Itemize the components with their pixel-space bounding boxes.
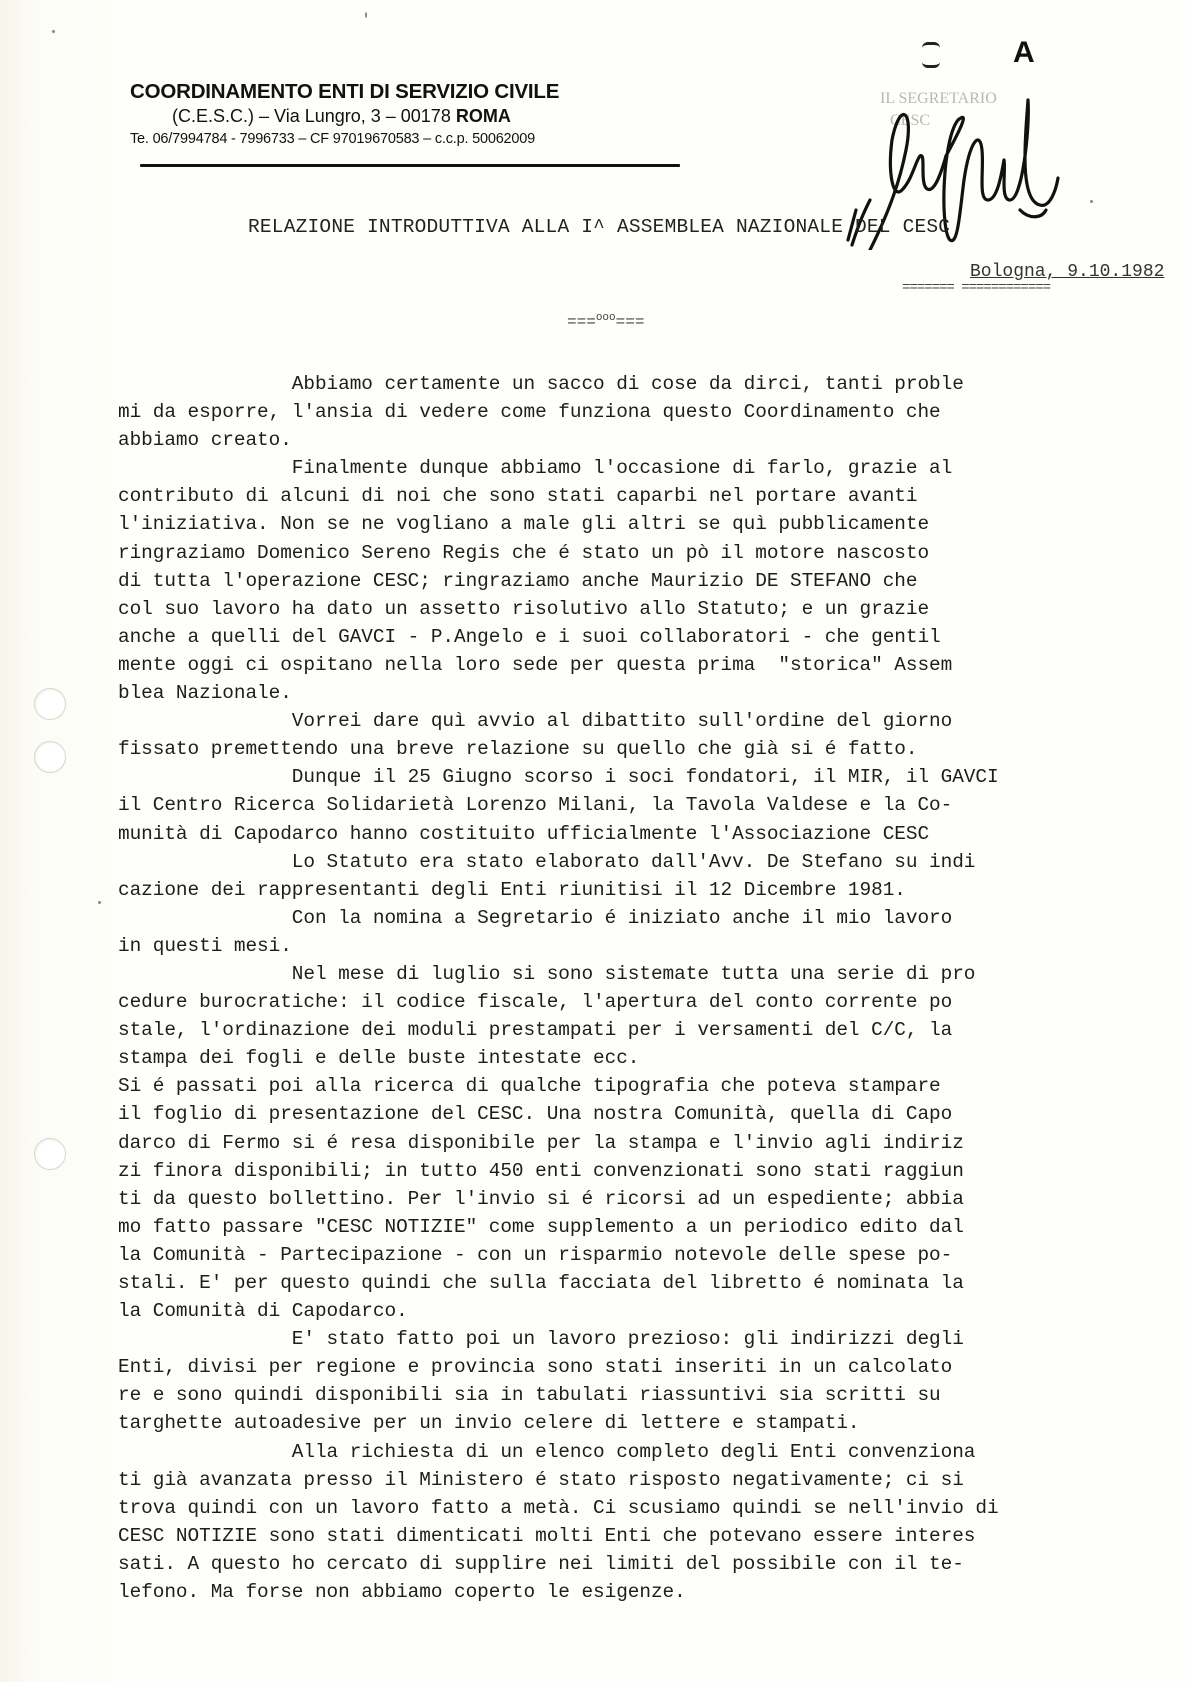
text-line: stali. E' per questo quindi che sulla fa…: [118, 1269, 1178, 1297]
document-title: RELAZIONE INTRODUTTIVA ALLA I^ ASSEMBLEA…: [248, 216, 950, 238]
letterhead-rule: [140, 164, 680, 167]
text-line: Nel mese di luglio si sono sistemate tut…: [118, 960, 1178, 988]
scan-speck: [365, 12, 367, 18]
text-line: mente oggi ci ospitano nella loro sede p…: [118, 651, 1178, 679]
address-city: ROMA: [456, 106, 511, 126]
text-line: stale, l'ordinazione dei moduli prestamp…: [118, 1016, 1178, 1044]
text-line: cedure burocratiche: il codice fiscale, …: [118, 988, 1178, 1016]
separator-dashes: ===: [567, 313, 596, 331]
text-line: il Centro Ricerca Solidarietà Lorenzo Mi…: [118, 791, 1178, 819]
text-line: Si é passati poi alla ricerca di qualche…: [118, 1072, 1178, 1100]
text-line: cazione dei rappresentanti degli Enti ri…: [118, 876, 1178, 904]
text-line: ringraziamo Domenico Sereno Regis che é …: [118, 539, 1178, 567]
text-line: fissato premettendo una breve relazione …: [118, 735, 1178, 763]
text-line: Con la nomina a Segretario é iniziato an…: [118, 904, 1178, 932]
text-line: mi da esporre, l'ansia di vedere come fu…: [118, 398, 1178, 426]
place-and-date: Bologna, 9.10.1982: [970, 262, 1164, 282]
text-line: targhette autoadesive per un invio celer…: [118, 1409, 1178, 1437]
letterhead: COORDINAMENTO ENTI DI SERVIZIO CIVILE (C…: [130, 80, 690, 147]
punch-hole: [34, 688, 66, 720]
scan-speck: [52, 30, 55, 33]
text-line: E' stato fatto poi un lavoro prezioso: g…: [118, 1325, 1178, 1353]
text-line: contributo di alcuni di noi che sono sta…: [118, 482, 1178, 510]
text-line: ti già avanzata presso il Ministero é st…: [118, 1466, 1178, 1494]
text-line: Dunque il 25 Giugno scorso i soci fondat…: [118, 763, 1178, 791]
scan-speck: [98, 901, 101, 904]
text-line: munità di Capodarco hanno costituito uff…: [118, 820, 1178, 848]
text-line: col suo lavoro ha dato un assetto risolu…: [118, 595, 1178, 623]
text-line: ti da questo bollettino. Per l'invio si …: [118, 1185, 1178, 1213]
text-line: mo fatto passare "CESC NOTIZIE" come sup…: [118, 1213, 1178, 1241]
text-line: Enti, divisi per regione e provincia son…: [118, 1353, 1178, 1381]
organization-address: (C.E.S.C.) – Via Lungro, 3 – 00178 ROMA: [172, 106, 690, 127]
text-line: trova quindi con un lavoro fatto a metà.…: [118, 1494, 1178, 1522]
text-line: Lo Statuto era stato elaborato dall'Avv.…: [118, 848, 1178, 876]
organization-name: COORDINAMENTO ENTI DI SERVIZIO CIVILE: [130, 80, 690, 104]
section-separator: ===ooo===: [567, 312, 644, 331]
text-line: blea Nazionale.: [118, 679, 1178, 707]
text-line: CESC NOTIZIE sono stati dimenticati molt…: [118, 1522, 1178, 1550]
text-line: in questi mesi.: [118, 932, 1178, 960]
text-line: zi finora disponibili; in tutto 450 enti…: [118, 1157, 1178, 1185]
text-line: stampa dei fogli e delle buste intestate…: [118, 1044, 1178, 1072]
punch-hole: [34, 1138, 66, 1170]
separator-dashes: ===: [616, 313, 645, 331]
text-line: la Comunità di Capodarco.: [118, 1297, 1178, 1325]
address-street: (C.E.S.C.) – Via Lungro, 3 – 00178: [172, 106, 456, 126]
organization-contact: Te. 06/7994784 - 7996733 – CF 9701967058…: [130, 131, 690, 147]
text-line: re e sono quindi disponibili sia in tabu…: [118, 1381, 1178, 1409]
text-line: anche a quelli del GAVCI - P.Angelo e i …: [118, 623, 1178, 651]
text-line: Vorrei dare quì avvio al dibattito sull'…: [118, 707, 1178, 735]
text-line: darco di Fermo si é resa disponibile per…: [118, 1129, 1178, 1157]
text-line: Alla richiesta di un elenco completo deg…: [118, 1438, 1178, 1466]
text-line: Abbiamo certamente un sacco di cose da d…: [118, 370, 1178, 398]
document-body: Abbiamo certamente un sacco di cose da d…: [118, 370, 1178, 1606]
text-line: la Comunità - Partecipazione - con un ri…: [118, 1241, 1178, 1269]
text-line: di tutta l'operazione CESC; ringraziamo …: [118, 567, 1178, 595]
text-line: l'iniziativa. Non se ne vogliano a male …: [118, 510, 1178, 538]
text-line: Finalmente dunque abbiamo l'occasione di…: [118, 454, 1178, 482]
punch-hole: [34, 741, 66, 773]
date-underline: ======= ============: [902, 280, 1050, 296]
text-line: lefono. Ma forse non abbiamo coperto le …: [118, 1578, 1178, 1606]
text-line: il foglio di presentazione del CESC. Una…: [118, 1100, 1178, 1128]
scanned-page: COORDINAMENTO ENTI DI SERVIZIO CIVILE (C…: [0, 0, 1190, 1682]
text-line: sati. A questo ho cercato di supplire ne…: [118, 1550, 1178, 1578]
separator-circles: ooo: [596, 312, 616, 324]
scan-speck: [1090, 200, 1093, 203]
text-line: abbiamo creato.: [118, 426, 1178, 454]
